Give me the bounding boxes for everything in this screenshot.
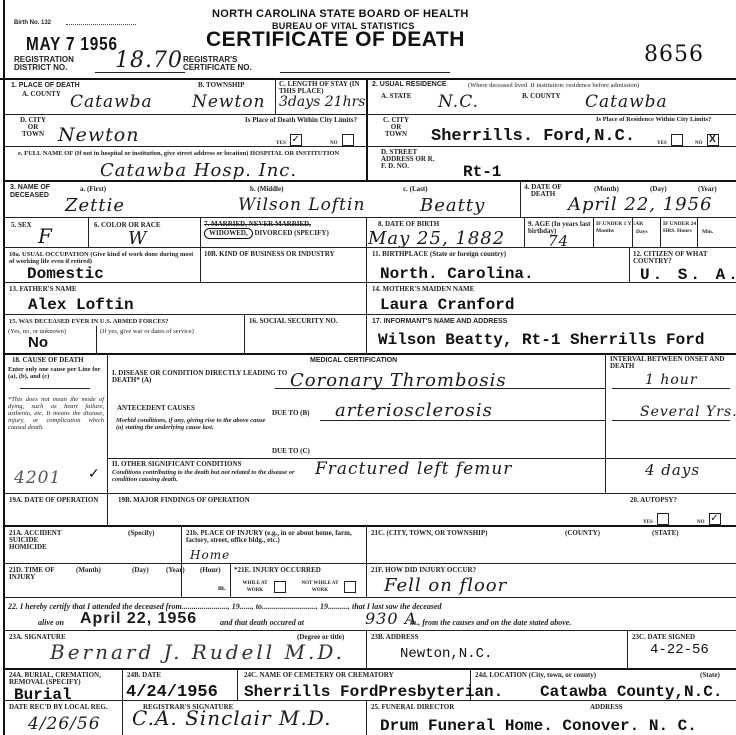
medical-certification-title: MEDICAL CERTIFICATION <box>310 357 397 365</box>
margin-code: 4201 <box>14 468 61 488</box>
mother-value: Laura Cranford <box>380 296 514 314</box>
line-a-interval: 1 hour <box>645 372 698 388</box>
armed-forces-sub2: (If yes, give war or dates of service) <box>100 328 194 335</box>
place-of-injury-label: 21b. PLACE OF INJURY (e.g., in or about … <box>186 530 364 544</box>
days-label: Days <box>636 229 648 236</box>
place-of-injury-value: Home <box>190 548 230 562</box>
location-state-label: (State) <box>700 672 720 679</box>
occupation-label: 10a. USUAL OCCUPATION (Give kind of work… <box>9 251 199 265</box>
checkbox-empty-icon <box>657 513 669 525</box>
line-c-label: DUE TO (c) <box>272 448 310 455</box>
place-of-death-label: 1. PLACE OF DEATH <box>11 82 80 90</box>
residence-state-label: a. STATE <box>381 93 411 100</box>
sex-label: 5. SEX <box>11 222 32 229</box>
other-conditions-note: Conditions contributing to the death but… <box>112 469 312 483</box>
other-conditions-value: Fractured left femur <box>315 459 512 479</box>
first-name-label: a. (First) <box>80 186 106 193</box>
while-at-work-option[interactable]: WHILE AT WORK <box>240 578 286 596</box>
checkbox-empty-icon <box>342 134 354 146</box>
line-a-value: Coronary Thrombosis <box>290 370 507 391</box>
time-day-label: (Day) <box>132 567 149 574</box>
last-name-label: c. (Last) <box>403 186 428 193</box>
marital-status-selected: WIDOWED, <box>204 228 253 239</box>
accident-label: 21a. ACCIDENT SUICIDE HOMICIDE <box>9 530 69 551</box>
residence-city-label: c. CITY OR TOWN <box>381 117 411 138</box>
checkbox-empty-icon <box>274 581 286 593</box>
hospital-label: e. FULL NAME OF (If not in hospital or i… <box>18 150 348 157</box>
line-a-label: I. DISEASE OR CONDITION DIRECTLY LEADING… <box>112 370 312 384</box>
residence-city-value: Sherrills. Ford,N.C. <box>431 127 635 146</box>
residence-county-value: Catawba <box>585 92 668 112</box>
dob-value: May 25, 1882 <box>368 228 505 249</box>
location-label: 24d. LOCATION (City, town, or county) <box>475 672 596 679</box>
dob-label: 8. DATE OF BIRTH <box>378 221 439 228</box>
checkmark-icon: ✓ <box>88 466 100 483</box>
funeral-address-label: ADDRESS <box>590 704 623 711</box>
cause-of-death-label: 18. CAUSE OF DEATH <box>12 357 84 364</box>
middle-name-label: b. (Middle) <box>250 186 283 193</box>
certification-tail: m., from the causes and on the date stat… <box>410 619 571 626</box>
autopsy-label: 20. AUTOPSY? <box>630 497 677 504</box>
dod-year-label: (Year) <box>698 186 717 193</box>
birthplace-label: 11. BIRTHPLACE (State or foreign country… <box>372 251 506 258</box>
time-year-label: (Year) <box>166 567 185 574</box>
date-of-death-value: April 22, 1956 <box>568 194 713 215</box>
funeral-director-value: Drum Funeral Home. Conover. N. C. <box>380 717 697 735</box>
under-one-year-label: IF UNDER 1 YEAR Months <box>596 221 660 235</box>
death-township-label: b. TOWNSHIP <box>198 82 244 89</box>
occupation-value: Domestic <box>27 265 104 283</box>
location-value: Catawba County,N.C. <box>540 683 722 701</box>
burial-type-value: Burial <box>14 686 72 704</box>
date-received-label: DATE REC'D BY LOCAL REG. <box>9 704 119 711</box>
dod-day-label: (Day) <box>650 186 667 193</box>
cemetery-value: Sherrills FordPresbyterian. <box>244 683 503 701</box>
mother-label: 14. MOTHER'S MAIDEN NAME <box>372 286 474 293</box>
armed-forces-label: 15. WAS DECEASED EVER IN U.S. ARMED FORC… <box>9 318 169 325</box>
citizen-label: 12. CITIZEN OF WHAT COUNTRY? <box>633 251 733 265</box>
hospital-value: Catawba Hosp. Inc. <box>100 160 297 181</box>
father-label: 13. FATHER'S NAME <box>9 286 77 293</box>
registrar-certificate-label: REGISTRAR'S CERTIFICATE NO. <box>183 56 283 72</box>
residence-county-label: b. COUNTY <box>522 93 561 100</box>
date-of-death-label: 4. DATE OF DEATH <box>524 184 562 198</box>
injury-state-label: (STATE) <box>652 530 679 537</box>
antecedent-label: ANTECEDENT CAUSES <box>117 405 195 412</box>
death-city-value: Newton <box>58 124 139 146</box>
line-b-interval: Several Yrs. <box>640 404 736 420</box>
time-hour-label: (Hour) <box>200 567 221 574</box>
residence-within-limits-no[interactable]: NO X <box>695 131 719 149</box>
injury-county-label: (COUNTY) <box>565 530 600 537</box>
operation-findings-label: 19b. MAJOR FINDINGS OF OPERATION <box>118 497 250 504</box>
interval-label: INTERVAL BETWEEN ONSET AND DEATH <box>610 356 730 370</box>
checkbox-checked-icon: ✓ <box>709 513 721 525</box>
street-value: Rt-1 <box>463 163 501 181</box>
residence-within-limits-yes[interactable]: YES <box>657 131 683 149</box>
length-of-stay-value: 3days 21hrs <box>279 94 365 110</box>
registration-district-no: 18.70 <box>115 48 183 73</box>
deceased-name-label: 3. NAME OF DECEASED <box>10 184 60 200</box>
date-signed-label: 23c. DATE SIGNED <box>632 634 695 641</box>
received-stamp-date: MAY 7 1956 <box>26 34 118 55</box>
father-value: Alex Loftin <box>28 296 134 314</box>
length-of-stay-label: c. LENGTH OF STAY (in this place) <box>279 81 364 95</box>
alive-on-value: April 22, 1956 <box>80 610 197 628</box>
residence-state-value: N.C. <box>438 92 479 112</box>
physician-signature: Bernard J. Rudell M.D. <box>50 640 345 664</box>
first-name-value: Zettie <box>65 195 125 216</box>
injury-city-label: 21c. (CITY, TOWN, OR TOWNSHIP) <box>371 530 488 537</box>
death-county-label: a. COUNTY <box>22 91 61 98</box>
line-b-value: arteriosclerosis <box>335 400 493 421</box>
checkbox-checked-icon: ✓ <box>290 134 302 146</box>
time-m-label: m. <box>218 585 226 592</box>
birth-no: Birth No. 132 <box>14 19 51 27</box>
death-occurred-label: and that death occured at <box>220 619 304 626</box>
page-title: CERTIFICATE OF DEATH <box>206 28 465 52</box>
sex-value: F <box>38 224 53 248</box>
registration-district-label: REGISTRATION DISTRICT NO. <box>14 56 104 72</box>
line-b-label: DUE TO (b) <box>272 410 309 417</box>
other-conditions-label: II. OTHER SIGNIFICANT CONDITIONS <box>112 461 241 468</box>
how-injury-label: 21f. HOW DID INJURY OCCUR? <box>371 567 476 574</box>
last-name-value: Beatty <box>420 195 485 216</box>
residence-note: (Where deceased lived. If institution: r… <box>468 82 639 89</box>
death-within-limits-label: Is Place of Death Within City Limits? <box>245 117 360 124</box>
burial-type-label: 24a. BURIAL, CREMATION, REMOVAL (Specify… <box>9 672 121 686</box>
residence-within-limits-label: Is Place of Residence Within City Limits… <box>596 116 736 123</box>
time-of-injury-label: 21d. TIME OF INJURY <box>9 567 69 581</box>
business-label: 10b. KIND OF BUSINESS OR INDUSTRY <box>204 251 349 258</box>
date-signed-value: 4-22-56 <box>650 642 709 658</box>
informant-label: 17. INFORMANT'S NAME AND ADDRESS <box>372 318 507 326</box>
how-injury-value: Fell on floor <box>384 575 507 596</box>
registrar-signature: C.A. Sinclair M.D. <box>132 706 331 730</box>
certificate-number: 8656 <box>644 42 704 67</box>
death-county-value: Catawba <box>70 92 153 112</box>
cemetery-label: 24c. NAME OF CEMETERY OR CREMATORY <box>244 672 394 679</box>
street-label: d. STREET ADDRESS or R. F. D. NO. <box>381 149 441 170</box>
checkbox-x-icon: X <box>707 134 719 146</box>
physician-address-label: 23b. ADDRESS <box>371 634 418 641</box>
cause-instructions: Enter only one cause per Line for (a), (… <box>8 366 104 380</box>
armed-forces-value: No <box>28 334 48 351</box>
date-received-value: 4/26/56 <box>28 714 101 734</box>
race-value: W <box>128 228 148 249</box>
residence-label: 2. USUAL RESIDENCE <box>372 81 447 89</box>
injury-occurred-label: *21e. INJURY OCCURRED <box>234 567 321 574</box>
death-within-limits-yes[interactable]: YES ✓ <box>276 131 302 149</box>
marital-status-label: 7. MARRIED, NEVER MARRIED, WIDOWED, DIVO… <box>204 221 329 239</box>
death-township-value: Newton <box>192 92 266 112</box>
dod-month-label: (Month) <box>594 186 619 193</box>
burial-date-label: 24b. DATE <box>127 672 161 679</box>
checkbox-empty-icon <box>671 134 683 146</box>
accident-specify-label: (Specify) <box>128 530 154 537</box>
operation-date-label: 19a. DATE OF OPERATION <box>9 497 105 504</box>
under-24-hours-label: IF UNDER 24 HRS. Hours <box>663 221 699 235</box>
death-within-limits-no[interactable]: NO <box>330 131 354 149</box>
ssn-label: 16. SOCIAL SECURITY NO. <box>249 318 338 325</box>
board-title: NORTH CAROLINA STATE BOARD OF HEALTH <box>212 8 469 20</box>
funeral-director-label: 25. FUNERAL DIRECTOR <box>371 704 454 711</box>
cause-footnote: *This does not mean the mode of dying, s… <box>8 396 104 431</box>
min-label: Min. <box>702 229 713 236</box>
middle-name-value: Wilson Loftin <box>238 195 365 215</box>
not-while-at-work-option[interactable]: NOT WHILE AT WORK <box>300 578 356 596</box>
time-month-label: (Month) <box>76 567 101 574</box>
checkbox-empty-icon <box>344 581 356 593</box>
informant-value: Wilson Beatty, Rt-1 Sherrills Ford <box>378 331 704 349</box>
other-conditions-interval: 4 days <box>645 461 700 479</box>
alive-on-label: alive on <box>38 619 64 626</box>
birthplace-value: North. Carolina. <box>380 265 534 283</box>
physician-address-value: Newton,N.C. <box>400 646 492 662</box>
antecedent-note: Morbid conditions, if any, giving rise t… <box>116 417 271 431</box>
death-city-label: d. CITY OR TOWN <box>18 117 48 138</box>
